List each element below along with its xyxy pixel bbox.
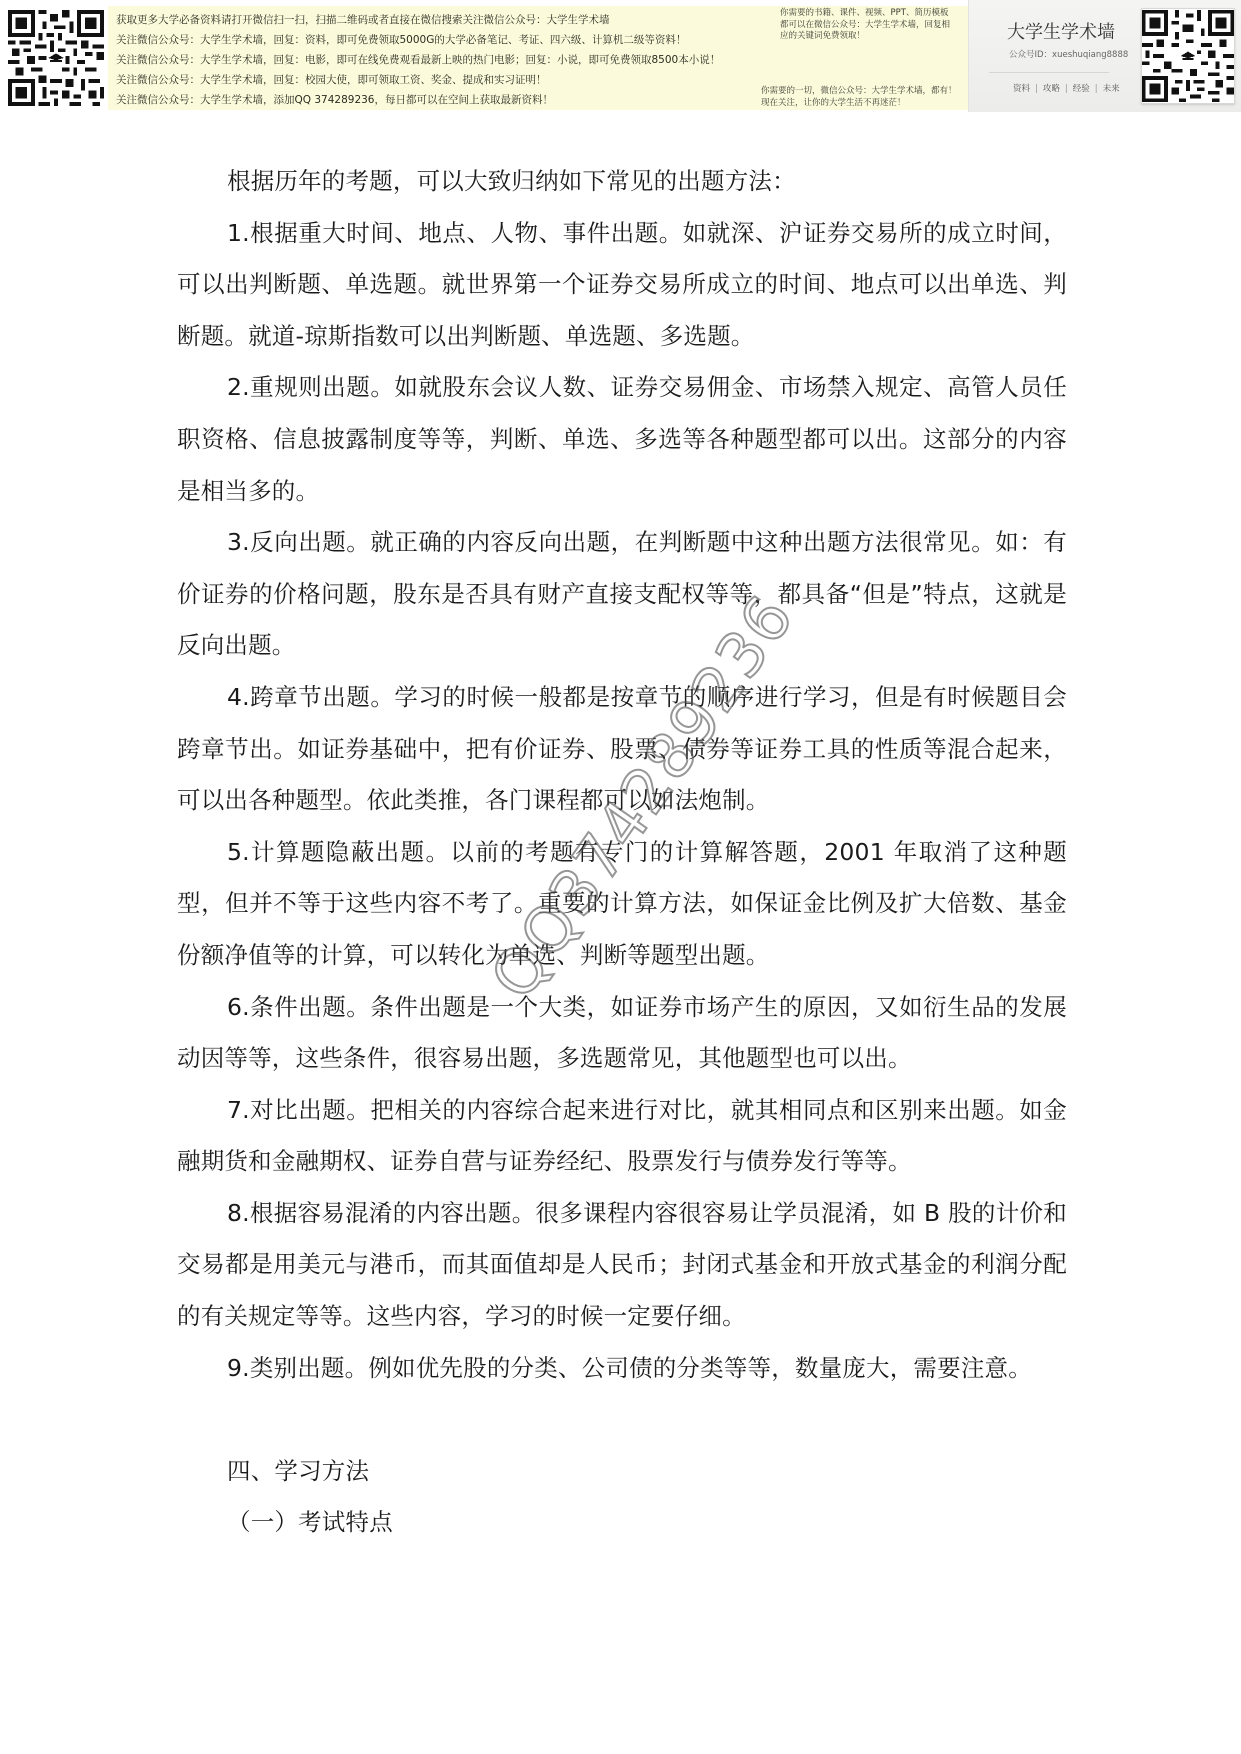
separator: | [1060, 84, 1073, 94]
spacer [177, 1394, 1067, 1446]
side-note-line: 你需要的书籍、课件、视频、PPT、简历模板 [780, 8, 950, 20]
method-paragraph: 6.条件出题。条件出题是一个大类，如证券市场产生的原因，又如衍生品的发展动因等等… [177, 982, 1067, 1085]
separator: | [1030, 84, 1043, 94]
divider [989, 72, 1109, 73]
subsection-heading: （一）考试特点 [177, 1497, 1067, 1549]
qr-code-icon [8, 10, 104, 106]
side-note-top: 你需要的书籍、课件、视频、PPT、简历模板 都可以在微信公众号：大学生学术墙，回… [780, 8, 950, 43]
promo-text-panel: 获取更多大学必备资料请打开微信扫一扫，扫描二维码或者直接在微信搜索关注微信公众号… [108, 6, 968, 110]
link-guides[interactable]: 攻略 [1043, 84, 1060, 94]
method-paragraph: 8.根据容易混淆的内容出题。很多课程内容很容易让学员混淆，如 B 股的计价和交易… [177, 1188, 1067, 1343]
link-future[interactable]: 未来 [1103, 84, 1120, 94]
side-note-line: 应的关键词免费领取！ [780, 31, 950, 43]
method-paragraph: 9.类别出题。例如优先股的分类、公司债的分类等等，数量庞大，需要注意。 [177, 1343, 1067, 1395]
promo-line: 获取更多大学必备资料请打开微信扫一扫，扫描二维码或者直接在微信搜索关注微信公众号… [116, 10, 720, 30]
promo-banner: 获取更多大学必备资料请打开微信扫一扫，扫描二维码或者直接在微信搜索关注微信公众号… [0, 0, 1241, 112]
method-paragraph: 3.反向出题。就正确的内容反向出题，在判断题中这种出题方法很常见。如：有价证券的… [177, 517, 1067, 672]
side-note-line: 你需要的一切，微信公众号：大学生学术墙，都有！ [761, 86, 957, 98]
link-experience[interactable]: 经验 [1073, 84, 1090, 94]
promo-line: 关注微信公众号：大学生学术墙，添加QQ 374289236，每日都可以在空间上获… [116, 90, 720, 110]
promo-line: 关注微信公众号：大学生学术墙，回复：资料，即可免费领取5000G的大学必备笔记、… [116, 30, 720, 50]
side-note-line: 现在关注，让你的大学生活不再迷茫！ [761, 98, 957, 110]
side-note-line: 都可以在微信公众号：大学生学术墙，回复相 [780, 20, 950, 32]
intro-paragraph: 根据历年的考题，可以大致归纳如下常见的出题方法： [177, 156, 1067, 208]
qr-code-left [8, 10, 104, 106]
account-id: 公众号ID：xueshuqiang8888 [1009, 48, 1128, 60]
promo-line: 关注微信公众号：大学生学术墙，回复：电影，即可在线免费观看最新上映的热门电影；回… [116, 50, 720, 70]
promo-line: 关注微信公众号：大学生学术墙，回复：校园大使，即可领取工资、奖金、提成和实习证明… [116, 70, 720, 90]
account-card: 大学生学术墙 公众号ID：xueshuqiang8888 资料|攻略|经验|未来 [968, 0, 1241, 112]
promo-lines: 获取更多大学必备资料请打开微信扫一扫，扫描二维码或者直接在微信搜索关注微信公众号… [116, 10, 720, 110]
document-body: 根据历年的考题，可以大致归纳如下常见的出题方法： 1.根据重大时间、地点、人物、… [177, 156, 1067, 1549]
separator: | [1090, 84, 1103, 94]
method-paragraph: 5.计算题隐蔽出题。以前的考题有专门的计算解答题，2001 年取消了这种题型，但… [177, 827, 1067, 982]
link-resources[interactable]: 资料 [1013, 84, 1030, 94]
account-name: 大学生学术墙 [1007, 18, 1115, 44]
qr-code-icon [1142, 9, 1234, 103]
account-links: 资料|攻略|经验|未来 [1013, 82, 1120, 94]
qr-code-right [1141, 8, 1235, 104]
method-paragraph: 4.跨章节出题。学习的时候一般都是按章节的顺序进行学习，但是有时候题目会跨章节出… [177, 672, 1067, 827]
method-paragraph: 2.重规则出题。如就股东会议人数、证券交易佣金、市场禁入规定、高管人员任职资格、… [177, 362, 1067, 517]
section-heading: 四、学习方法 [177, 1446, 1067, 1498]
method-paragraph: 1.根据重大时间、地点、人物、事件出题。如就深、沪证券交易所的成立时间，可以出判… [177, 208, 1067, 363]
side-note-bottom: 你需要的一切，微信公众号：大学生学术墙，都有！ 现在关注，让你的大学生活不再迷茫… [761, 86, 957, 109]
method-paragraph: 7.对比出题。把相关的内容综合起来进行对比，就其相同点和区别来出题。如金融期货和… [177, 1085, 1067, 1188]
